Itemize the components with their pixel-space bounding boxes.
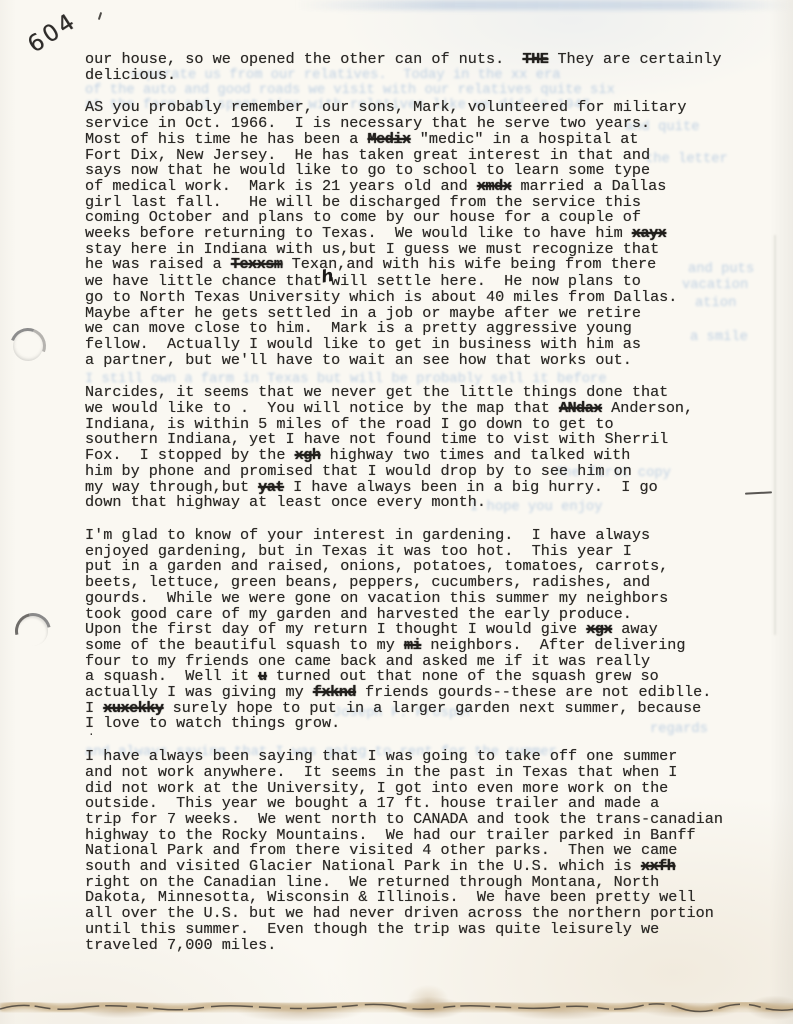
letter-paragraph: our house, so we opened the other can of… [85, 52, 767, 83]
stray-ink-dot: . [88, 727, 95, 739]
typewritten-text: right on the Canadian line. We returned … [85, 873, 714, 954]
typewritten-text: surely hope to put in a larger garden ne… [85, 699, 701, 733]
torn-edge-line [0, 984, 793, 1024]
punch-hole-bottom [8, 606, 58, 656]
typewritten-text: I'm glad to know of your interest in gar… [85, 526, 668, 638]
pen-inserted-text: h [320, 270, 332, 287]
pen-tick-mark [98, 12, 102, 20]
letter-paragraph: Narcides, it seems that we never get the… [85, 385, 767, 511]
top-bleedthrough-smudge [295, 0, 793, 10]
overstruck-text: THE [522, 50, 548, 68]
scanned-letter-page: separate us from our relatives. Today in… [0, 0, 793, 1024]
typewritten-text: I have always been saying that I was goi… [85, 747, 723, 875]
paper-fold-line [774, 235, 776, 635]
torn-bottom-edge [0, 984, 793, 1024]
letter-paragraph: I'm glad to know of your interest in gar… [85, 528, 767, 732]
letter-body: our house, so we opened the other can of… [85, 52, 767, 970]
punch-hole-top [4, 322, 52, 370]
overstruck-text: Texxsm [231, 255, 283, 273]
letter-paragraph: AS you probably remember, our sons, Mark… [85, 100, 767, 368]
letter-paragraph: I have always been saying that I was goi… [85, 749, 767, 953]
handwritten-page-number: 604 [23, 8, 82, 59]
